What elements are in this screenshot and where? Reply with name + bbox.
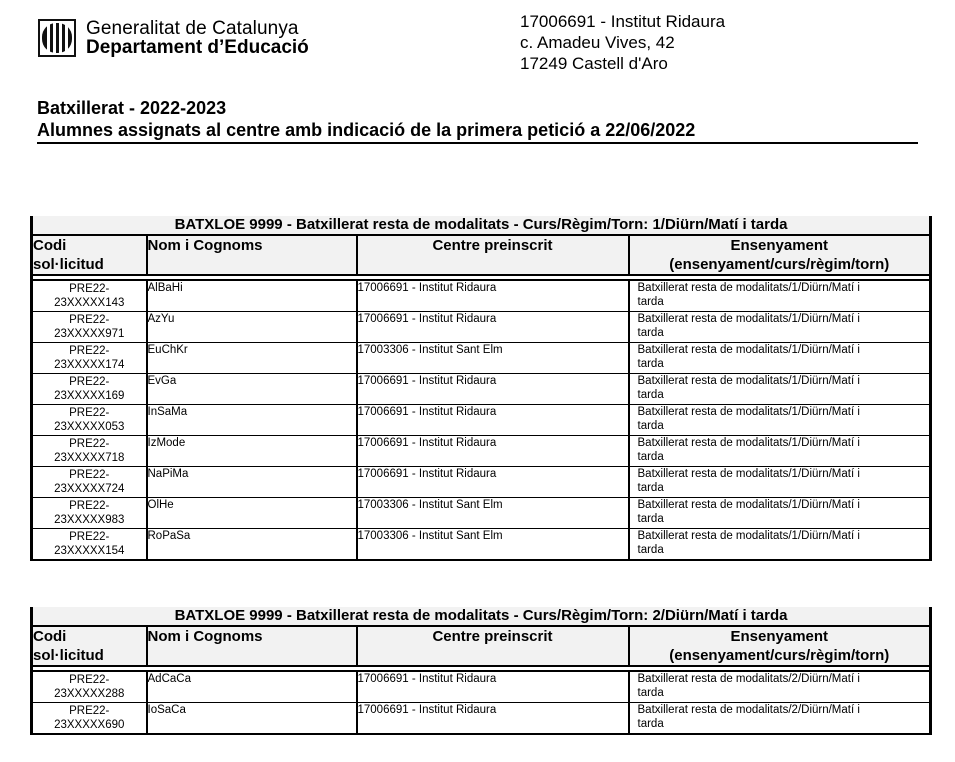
col-header-centre: Centre preinscrit <box>357 626 629 666</box>
request-code: PRE22-23XXXXX169 <box>32 374 147 405</box>
table-row: PRE22-23XXXXX724NaPiMa17006691 - Institu… <box>32 467 931 498</box>
table-row: PRE22-23XXXXX169EvGa17006691 - Institut … <box>32 374 931 405</box>
student-name: InSaMa <box>147 405 357 436</box>
report-heading: Batxillerat - 2022-2023 Alumnes assignat… <box>37 97 918 144</box>
org-name: Generalitat de Catalunya <box>86 19 309 38</box>
preinscribed-centre: 17006691 - Institut Ridaura <box>357 280 629 312</box>
student-name: AlBaHi <box>147 280 357 312</box>
col-header-centre: Centre preinscrit <box>357 235 629 275</box>
group-caption: BATXLOE 9999 - Batxillerat resta de moda… <box>32 216 931 235</box>
ensenyament: Batxillerat resta de modalitats/2/Diürn/… <box>629 671 931 703</box>
ensenyament: Batxillerat resta de modalitats/1/Diürn/… <box>629 374 931 405</box>
department-name: Departament d’Educació <box>86 38 309 57</box>
school-name: 17006691 - Institut Ridaura <box>520 11 725 32</box>
student-name: NaPiMa <box>147 467 357 498</box>
request-code: PRE22-23XXXXX690 <box>32 703 147 735</box>
student-name: IzMode <box>147 436 357 467</box>
table-row: PRE22-23XXXXX143AlBaHi17006691 - Institu… <box>32 280 931 312</box>
generalitat-bars-logo-icon <box>38 19 76 57</box>
report-title: Batxillerat - 2022-2023 <box>37 97 918 119</box>
ensenyament: Batxillerat resta de modalitats/1/Diürn/… <box>629 467 931 498</box>
request-code: PRE22-23XXXXX143 <box>32 280 147 312</box>
ensenyament: Batxillerat resta de modalitats/1/Diürn/… <box>629 280 931 312</box>
table-row: PRE22-23XXXXX154RoPaSa17003306 - Institu… <box>32 529 931 561</box>
student-name: IoSaCa <box>147 703 357 735</box>
student-name: EvGa <box>147 374 357 405</box>
preinscribed-centre: 17006691 - Institut Ridaura <box>357 703 629 735</box>
school-address: 17006691 - Institut Ridaura c. Amadeu Vi… <box>520 11 725 74</box>
preinscribed-centre: 17003306 - Institut Sant Elm <box>357 498 629 529</box>
student-name: RoPaSa <box>147 529 357 561</box>
table-row: PRE22-23XXXXX718IzMode17006691 - Institu… <box>32 436 931 467</box>
school-city: 17249 Castell d'Aro <box>520 53 725 74</box>
preinscribed-centre: 17003306 - Institut Sant Elm <box>357 343 629 374</box>
ensenyament: Batxillerat resta de modalitats/1/Diürn/… <box>629 498 931 529</box>
preinscribed-centre: 17006691 - Institut Ridaura <box>357 312 629 343</box>
col-header-ensenyament: Ensenyament(ensenyament/curs/règim/torn) <box>629 235 931 275</box>
table-row: PRE22-23XXXXX174EuChKr17003306 - Institu… <box>32 343 931 374</box>
student-name: AzYu <box>147 312 357 343</box>
col-header-code: Codisol·licitud <box>32 626 147 666</box>
generalitat-logo: Generalitat de Catalunya Departament d’E… <box>38 19 309 57</box>
student-name: AdCaCa <box>147 671 357 703</box>
ensenyament: Batxillerat resta de modalitats/1/Diürn/… <box>629 436 931 467</box>
group-caption: BATXLOE 9999 - Batxillerat resta de moda… <box>32 607 931 626</box>
report-subtitle: Alumnes assignats al centre amb indicaci… <box>37 119 918 144</box>
preinscribed-centre: 17006691 - Institut Ridaura <box>357 405 629 436</box>
table-row: PRE22-23XXXXX983OlHe17003306 - Institut … <box>32 498 931 529</box>
ensenyament: Batxillerat resta de modalitats/2/Diürn/… <box>629 703 931 735</box>
ensenyament: Batxillerat resta de modalitats/1/Diürn/… <box>629 529 931 561</box>
request-code: PRE22-23XXXXX154 <box>32 529 147 561</box>
request-code: PRE22-23XXXXX724 <box>32 467 147 498</box>
preinscribed-centre: 17006691 - Institut Ridaura <box>357 374 629 405</box>
table-row: PRE22-23XXXXX690IoSaCa17006691 - Institu… <box>32 703 931 735</box>
students-table-2: BATXLOE 9999 - Batxillerat resta de moda… <box>30 607 932 735</box>
col-header-name: Nom i Cognoms <box>147 235 357 275</box>
table-row: PRE22-23XXXXX971AzYu17006691 - Institut … <box>32 312 931 343</box>
request-code: PRE22-23XXXXX174 <box>32 343 147 374</box>
table-row: PRE22-23XXXXX053InSaMa17006691 - Institu… <box>32 405 931 436</box>
request-code: PRE22-23XXXXX971 <box>32 312 147 343</box>
col-header-name: Nom i Cognoms <box>147 626 357 666</box>
request-code: PRE22-23XXXXX718 <box>32 436 147 467</box>
preinscribed-centre: 17006691 - Institut Ridaura <box>357 671 629 703</box>
request-code: PRE22-23XXXXX983 <box>32 498 147 529</box>
col-header-code: Codisol·licitud <box>32 235 147 275</box>
preinscribed-centre: 17006691 - Institut Ridaura <box>357 436 629 467</box>
ensenyament: Batxillerat resta de modalitats/1/Diürn/… <box>629 405 931 436</box>
students-table-1: BATXLOE 9999 - Batxillerat resta de moda… <box>30 216 932 561</box>
ensenyament: Batxillerat resta de modalitats/1/Diürn/… <box>629 312 931 343</box>
preinscribed-centre: 17006691 - Institut Ridaura <box>357 467 629 498</box>
school-street: c. Amadeu Vives, 42 <box>520 32 725 53</box>
table-row: PRE22-23XXXXX288AdCaCa17006691 - Institu… <box>32 671 931 703</box>
request-code: PRE22-23XXXXX053 <box>32 405 147 436</box>
student-name: EuChKr <box>147 343 357 374</box>
request-code: PRE22-23XXXXX288 <box>32 671 147 703</box>
col-header-ensenyament: Ensenyament(ensenyament/curs/règim/torn) <box>629 626 931 666</box>
ensenyament: Batxillerat resta de modalitats/1/Diürn/… <box>629 343 931 374</box>
student-name: OlHe <box>147 498 357 529</box>
preinscribed-centre: 17003306 - Institut Sant Elm <box>357 529 629 561</box>
